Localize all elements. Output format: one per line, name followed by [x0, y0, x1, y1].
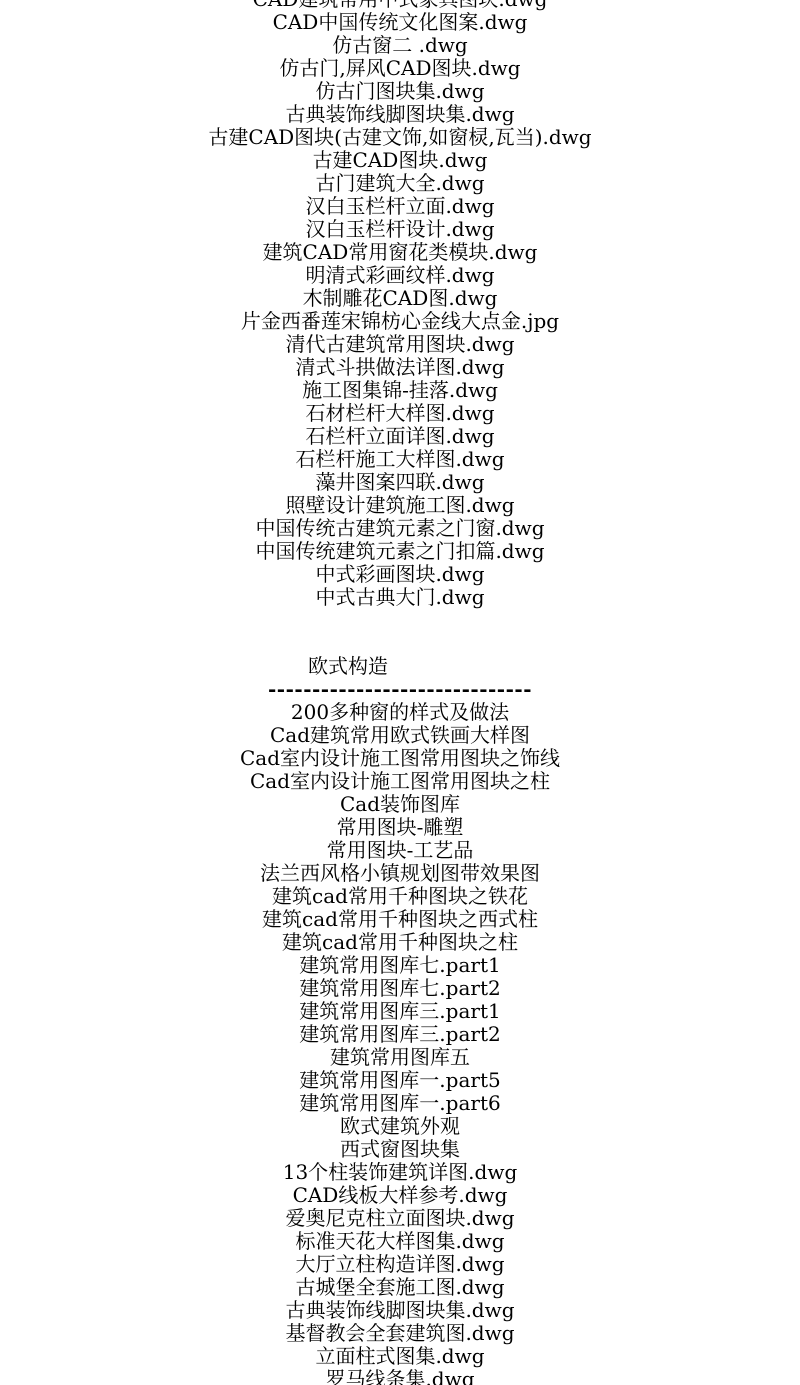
list-item: 建筑常用图库三.part1 — [0, 1000, 800, 1023]
list-item: 仿古门,屏风CAD图块.dwg — [0, 57, 800, 80]
list-item: 古建CAD图块.dwg — [0, 149, 800, 172]
section-header: 欧式构造 — [0, 655, 748, 678]
list-item: 仿古门图块集.dwg — [0, 80, 800, 103]
list-item: 建筑常用图库七.part2 — [0, 977, 800, 1000]
list-item: CAD中国传统文化图案.dwg — [0, 11, 800, 34]
list-item: 常用图块-雕塑 — [0, 816, 800, 839]
list-item: 立面柱式图集.dwg — [0, 1345, 800, 1368]
list-item: 古城堡全套施工图.dwg — [0, 1276, 800, 1299]
list-item: 建筑cad常用千种图块之西式柱 — [0, 908, 800, 931]
file-list-sections: CAD建筑常用中式家具图块.dwgCAD中国传统文化图案.dwg仿古窗二 .dw… — [0, 0, 800, 1385]
list-item: 大厅立柱构造详图.dwg — [0, 1253, 800, 1276]
list-item: 仿古窗二 .dwg — [0, 34, 800, 57]
list-item: 中国传统建筑元素之门扣篇.dwg — [0, 540, 800, 563]
list-item: 建筑cad常用千种图块之柱 — [0, 931, 800, 954]
list-item: 中式彩画图块.dwg — [0, 563, 800, 586]
list-item: 中式古典大门.dwg — [0, 586, 800, 609]
list-item: 建筑常用图库七.part1 — [0, 954, 800, 977]
file-list-document: CAD建筑常用中式家具图块.dwgCAD中国传统文化图案.dwg仿古窗二 .dw… — [0, 0, 800, 1385]
list-item: 清代古建筑常用图块.dwg — [0, 333, 800, 356]
list-item: 明清式彩画纹样.dwg — [0, 264, 800, 287]
list-item: 罗马线条集.dwg — [0, 1368, 800, 1385]
section-european-construction: 欧式构造------------------------------200多种窗… — [0, 655, 800, 1385]
list-item: 基督教会全套建筑图.dwg — [0, 1322, 800, 1345]
list-item: 片金西番莲宋锦枋心金线大点金.jpg — [0, 310, 800, 333]
list-item: 汉白玉栏杆立面.dwg — [0, 195, 800, 218]
list-item: Cad室内设计施工图常用图块之饰线 — [0, 747, 800, 770]
list-item: Cad室内设计施工图常用图块之柱 — [0, 770, 800, 793]
list-item: 石栏杆立面详图.dwg — [0, 425, 800, 448]
list-item: 建筑cad常用千种图块之铁花 — [0, 885, 800, 908]
list-item: 木制雕花CAD图.dwg — [0, 287, 800, 310]
list-item: Cad建筑常用欧式铁画大样图 — [0, 724, 800, 747]
list-item: 藻井图案四联.dwg — [0, 471, 800, 494]
list-item: 建筑常用图库五 — [0, 1046, 800, 1069]
list-item: 中国传统古建筑元素之门窗.dwg — [0, 517, 800, 540]
list-item: 清式斗拱做法详图.dwg — [0, 356, 800, 379]
list-item: 古典装饰线脚图块集.dwg — [0, 1299, 800, 1322]
list-item: 欧式建筑外观 — [0, 1115, 800, 1138]
list-item: 法兰西风格小镇规划图带效果图 — [0, 862, 800, 885]
section-chinese-traditional-blocks: CAD建筑常用中式家具图块.dwgCAD中国传统文化图案.dwg仿古窗二 .dw… — [0, 0, 800, 609]
list-item: 200多种窗的样式及做法 — [0, 701, 800, 724]
list-item: 建筑常用图库一.part5 — [0, 1069, 800, 1092]
list-item: Cad装饰图库 — [0, 793, 800, 816]
list-item: 建筑常用图库一.part6 — [0, 1092, 800, 1115]
list-item: 13个柱装饰建筑详图.dwg — [0, 1161, 800, 1184]
list-item: 爱奥尼克柱立面图块.dwg — [0, 1207, 800, 1230]
list-item: 汉白玉栏杆设计.dwg — [0, 218, 800, 241]
list-item: 古典装饰线脚图块集.dwg — [0, 103, 800, 126]
list-item: 常用图块-工艺品 — [0, 839, 800, 862]
list-item: 施工图集锦-挂落.dwg — [0, 379, 800, 402]
list-item: 建筑CAD常用窗花类模块.dwg — [0, 241, 800, 264]
list-item: 石栏杆施工大样图.dwg — [0, 448, 800, 471]
list-item: CAD线板大样参考.dwg — [0, 1184, 800, 1207]
list-item: 西式窗图块集 — [0, 1138, 800, 1161]
list-item: 石材栏杆大样图.dwg — [0, 402, 800, 425]
list-item: 古门建筑大全.dwg — [0, 172, 800, 195]
list-item: 古建CAD图块(古建文饰,如窗棂,瓦当).dwg — [0, 126, 800, 149]
section-divider: ------------------------------ — [0, 678, 800, 701]
list-item: 建筑常用图库三.part2 — [0, 1023, 800, 1046]
list-item: 照壁设计建筑施工图.dwg — [0, 494, 800, 517]
list-item: 标准天花大样图集.dwg — [0, 1230, 800, 1253]
